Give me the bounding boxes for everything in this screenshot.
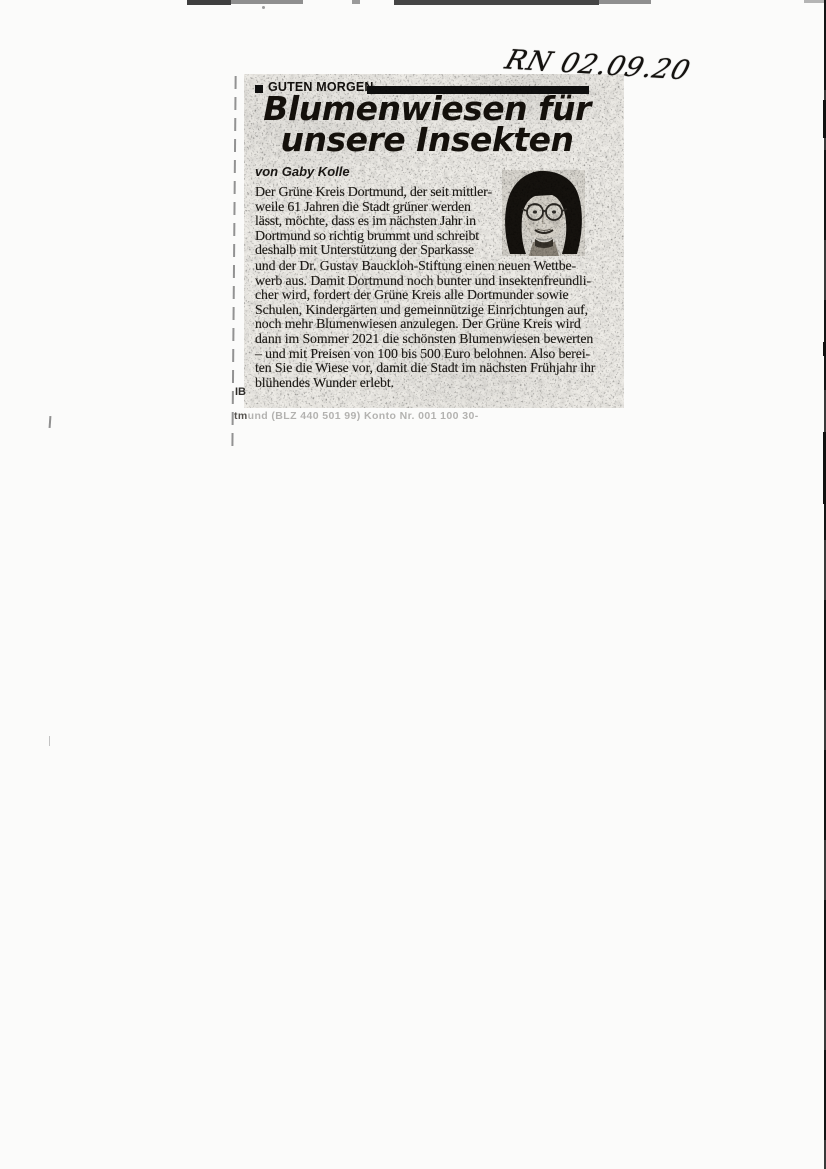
body-text-line: cher wird, fordert der Grüne Kreis alle … bbox=[255, 288, 621, 303]
byline: von Gaby Kolle bbox=[255, 164, 350, 179]
body-text-line: werb aus. Damit Dortmund noch bunter und… bbox=[255, 274, 621, 289]
body-text-line: Dortmund so richtig brummt und schreibt bbox=[255, 230, 507, 245]
body-text-line: noch mehr Blumenwiesen anzulegen. Der Gr… bbox=[255, 317, 621, 332]
credit-initials: IB bbox=[235, 386, 246, 398]
cutoff-print-line-rest: und (BLZ 440 501 99) Konto Nr. 001 100 3… bbox=[248, 410, 479, 422]
scan-edge-artifact bbox=[352, 0, 360, 4]
scan-edge-artifact bbox=[804, 0, 826, 3]
body-text-line: ten Sie die Wiese vor, damit die Stadt i… bbox=[255, 361, 621, 376]
scan-speck bbox=[262, 6, 265, 9]
author-portrait-photo bbox=[502, 170, 585, 256]
section-marker-square-icon bbox=[255, 85, 263, 93]
cutoff-print-line-prefix: tm bbox=[234, 410, 248, 422]
scan-edge-artifact bbox=[599, 0, 651, 4]
article-body-full-width: und der Dr. Gustav Bauckloh-Stiftung ein… bbox=[255, 259, 621, 390]
body-text-line: lässt, möchte, dass es im nächsten Jahr … bbox=[255, 215, 507, 230]
scan-edge-artifact bbox=[394, 0, 599, 5]
scanned-page: RN 02.09.20 GUTEN MORGEN Blumenwiesen fü… bbox=[0, 0, 826, 1169]
article-title-line: unsere Insekten bbox=[244, 124, 610, 155]
body-text-line: Der Grüne Kreis Dortmund, der seit mittl… bbox=[255, 186, 507, 201]
margin-tick-mark bbox=[49, 416, 52, 428]
body-text-line: Schulen, Kindergärten und gemeinnützige … bbox=[255, 303, 621, 318]
article-body-narrow-column: Der Grüne Kreis Dortmund, der seit mittl… bbox=[255, 186, 507, 259]
body-text-line: und der Dr. Gustav Bauckloh-Stiftung ein… bbox=[255, 259, 621, 274]
body-text-line: deshalb mit Unterstützung der Sparkasse bbox=[255, 244, 507, 259]
newspaper-clipping: GUTEN MORGEN Blumenwiesen für unsere Ins… bbox=[244, 74, 624, 408]
scan-edge-artifact bbox=[231, 0, 303, 4]
scan-edge-artifact bbox=[187, 0, 231, 5]
article-title: Blumenwiesen für unsere Insekten bbox=[244, 93, 624, 155]
cutoff-print-line: tmund (BLZ 440 501 99) Konto Nr. 001 100… bbox=[234, 410, 479, 422]
body-text-line: – und mit Preisen von 100 bis 500 Euro b… bbox=[255, 347, 621, 362]
body-text-line: weile 61 Jahren die Stadt grüner werden bbox=[255, 201, 507, 216]
body-text-line: dann im Sommer 2021 die schönsten Blumen… bbox=[255, 332, 621, 347]
margin-tick-mark bbox=[49, 736, 50, 746]
body-text-line: blühendes Wunder erlebt. bbox=[255, 376, 621, 391]
